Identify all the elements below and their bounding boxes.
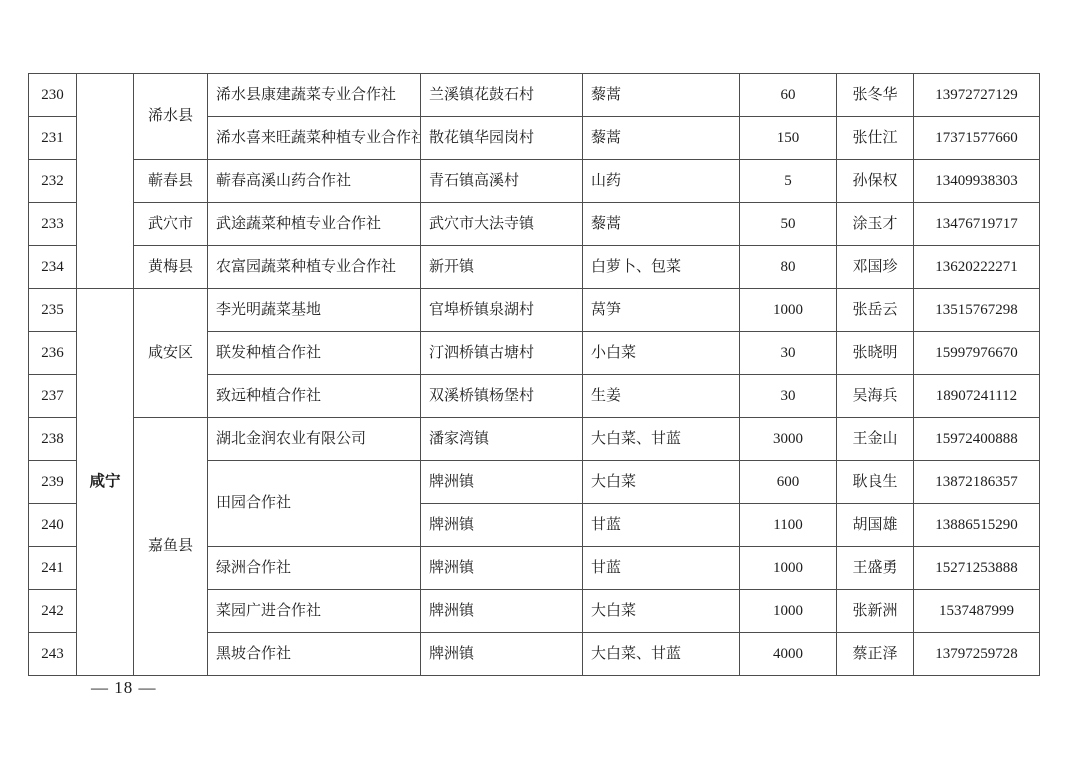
cell-phone: 13797259728 bbox=[914, 633, 1040, 676]
cell-quantity: 80 bbox=[740, 246, 837, 289]
cell-city: 咸宁 bbox=[77, 289, 134, 676]
cell-num: 242 bbox=[29, 590, 77, 633]
cell-phone: 15271253888 bbox=[914, 547, 1040, 590]
cell-quantity: 5 bbox=[740, 160, 837, 203]
cell-coop-name: 农富园蔬菜种植专业合作社 bbox=[208, 246, 421, 289]
cell-contact: 张冬华 bbox=[837, 74, 914, 117]
cell-phone: 17371577660 bbox=[914, 117, 1040, 160]
cell-num: 241 bbox=[29, 547, 77, 590]
cell-phone: 13476719717 bbox=[914, 203, 1040, 246]
cell-contact: 张仕江 bbox=[837, 117, 914, 160]
cell-coop-name: 致远种植合作社 bbox=[208, 375, 421, 418]
cell-num: 240 bbox=[29, 504, 77, 547]
cell-num: 233 bbox=[29, 203, 77, 246]
cell-vegetable: 大白菜 bbox=[583, 590, 740, 633]
cell-town: 牌洲镇 bbox=[421, 461, 583, 504]
cell-contact: 蔡正泽 bbox=[837, 633, 914, 676]
cell-quantity: 30 bbox=[740, 332, 837, 375]
cell-county: 咸安区 bbox=[134, 289, 208, 418]
cell-num: 231 bbox=[29, 117, 77, 160]
cell-phone: 1537487999 bbox=[914, 590, 1040, 633]
table-row: 235 咸宁 咸安区 李光明蔬菜基地 官埠桥镇泉湖村 莴笋 1000 张岳云 1… bbox=[29, 289, 1040, 332]
document-page: 230 浠水县 浠水县康建蔬菜专业合作社 兰溪镇花鼓石村 藜蒿 60 张冬华 1… bbox=[0, 0, 1080, 764]
cell-coop-name: 菜园广进合作社 bbox=[208, 590, 421, 633]
cell-quantity: 1000 bbox=[740, 590, 837, 633]
cell-town: 双溪桥镇杨堡村 bbox=[421, 375, 583, 418]
cell-quantity: 150 bbox=[740, 117, 837, 160]
cell-coop-name: 黑坡合作社 bbox=[208, 633, 421, 676]
cell-coop-name: 湖北金润农业有限公司 bbox=[208, 418, 421, 461]
table-row: 238 嘉鱼县 湖北金润农业有限公司 潘家湾镇 大白菜、甘蓝 3000 王金山 … bbox=[29, 418, 1040, 461]
cell-quantity: 1100 bbox=[740, 504, 837, 547]
cell-vegetable: 山药 bbox=[583, 160, 740, 203]
cell-quantity: 4000 bbox=[740, 633, 837, 676]
cell-town: 牌洲镇 bbox=[421, 547, 583, 590]
cell-contact: 孙保权 bbox=[837, 160, 914, 203]
cell-num: 237 bbox=[29, 375, 77, 418]
cell-contact: 张岳云 bbox=[837, 289, 914, 332]
cell-num: 232 bbox=[29, 160, 77, 203]
cell-town: 新开镇 bbox=[421, 246, 583, 289]
cell-quantity: 600 bbox=[740, 461, 837, 504]
cell-contact: 王盛勇 bbox=[837, 547, 914, 590]
cell-vegetable: 小白菜 bbox=[583, 332, 740, 375]
cell-contact: 吴海兵 bbox=[837, 375, 914, 418]
cell-phone: 15997976670 bbox=[914, 332, 1040, 375]
page-number: — 18 — bbox=[91, 678, 157, 698]
cell-num: 243 bbox=[29, 633, 77, 676]
cell-town: 汀泗桥镇古塘村 bbox=[421, 332, 583, 375]
cell-town: 武穴市大法寺镇 bbox=[421, 203, 583, 246]
cell-vegetable: 藜蒿 bbox=[583, 117, 740, 160]
table-row: 230 浠水县 浠水县康建蔬菜专业合作社 兰溪镇花鼓石村 藜蒿 60 张冬华 1… bbox=[29, 74, 1040, 117]
cell-city bbox=[77, 74, 134, 289]
cell-contact: 王金山 bbox=[837, 418, 914, 461]
cell-county: 蕲春县 bbox=[134, 160, 208, 203]
cell-num: 239 bbox=[29, 461, 77, 504]
cell-vegetable: 甘蓝 bbox=[583, 504, 740, 547]
cell-town: 兰溪镇花鼓石村 bbox=[421, 74, 583, 117]
table-row: 233 武穴市 武途蔬菜种植专业合作社 武穴市大法寺镇 藜蒿 50 涂玉才 13… bbox=[29, 203, 1040, 246]
cell-contact: 耿良生 bbox=[837, 461, 914, 504]
cell-quantity: 50 bbox=[740, 203, 837, 246]
cell-num: 230 bbox=[29, 74, 77, 117]
cell-coop-name: 田园合作社 bbox=[208, 461, 421, 547]
cell-num: 238 bbox=[29, 418, 77, 461]
cell-town: 青石镇高溪村 bbox=[421, 160, 583, 203]
cell-county: 浠水县 bbox=[134, 74, 208, 160]
cell-coop-name: 武途蔬菜种植专业合作社 bbox=[208, 203, 421, 246]
cell-vegetable: 藜蒿 bbox=[583, 74, 740, 117]
cell-phone: 13620222271 bbox=[914, 246, 1040, 289]
cell-phone: 13409938303 bbox=[914, 160, 1040, 203]
cell-phone: 13515767298 bbox=[914, 289, 1040, 332]
cell-vegetable: 白萝卜、包菜 bbox=[583, 246, 740, 289]
cell-town: 牌洲镇 bbox=[421, 590, 583, 633]
cell-vegetable: 生姜 bbox=[583, 375, 740, 418]
cell-quantity: 1000 bbox=[740, 547, 837, 590]
cell-coop-name: 浠水喜来旺蔬菜种植专业合作社 bbox=[208, 117, 421, 160]
cell-vegetable: 莴笋 bbox=[583, 289, 740, 332]
cell-vegetable: 藜蒿 bbox=[583, 203, 740, 246]
cell-contact: 涂玉才 bbox=[837, 203, 914, 246]
cell-coop-name: 浠水县康建蔬菜专业合作社 bbox=[208, 74, 421, 117]
cell-coop-name: 蕲春高溪山药合作社 bbox=[208, 160, 421, 203]
cell-phone: 13886515290 bbox=[914, 504, 1040, 547]
cooperatives-table: 230 浠水县 浠水县康建蔬菜专业合作社 兰溪镇花鼓石村 藜蒿 60 张冬华 1… bbox=[28, 73, 1040, 676]
cell-quantity: 1000 bbox=[740, 289, 837, 332]
cell-vegetable: 大白菜、甘蓝 bbox=[583, 418, 740, 461]
cell-coop-name: 绿洲合作社 bbox=[208, 547, 421, 590]
cell-county: 黄梅县 bbox=[134, 246, 208, 289]
cell-town: 散花镇华园岗村 bbox=[421, 117, 583, 160]
cell-phone: 18907241112 bbox=[914, 375, 1040, 418]
cell-county: 武穴市 bbox=[134, 203, 208, 246]
cell-num: 235 bbox=[29, 289, 77, 332]
cell-vegetable: 大白菜、甘蓝 bbox=[583, 633, 740, 676]
cell-town: 潘家湾镇 bbox=[421, 418, 583, 461]
cell-phone: 15972400888 bbox=[914, 418, 1040, 461]
cell-town: 官埠桥镇泉湖村 bbox=[421, 289, 583, 332]
cell-vegetable: 甘蓝 bbox=[583, 547, 740, 590]
table-row: 232 蕲春县 蕲春高溪山药合作社 青石镇高溪村 山药 5 孙保权 134099… bbox=[29, 160, 1040, 203]
cell-coop-name: 李光明蔬菜基地 bbox=[208, 289, 421, 332]
cell-county: 嘉鱼县 bbox=[134, 418, 208, 676]
table-row: 234 黄梅县 农富园蔬菜种植专业合作社 新开镇 白萝卜、包菜 80 邓国珍 1… bbox=[29, 246, 1040, 289]
cell-num: 234 bbox=[29, 246, 77, 289]
cell-town: 牌洲镇 bbox=[421, 504, 583, 547]
cell-contact: 张晓明 bbox=[837, 332, 914, 375]
cell-phone: 13872186357 bbox=[914, 461, 1040, 504]
cell-quantity: 3000 bbox=[740, 418, 837, 461]
cell-num: 236 bbox=[29, 332, 77, 375]
cell-town: 牌洲镇 bbox=[421, 633, 583, 676]
cell-quantity: 30 bbox=[740, 375, 837, 418]
cell-phone: 13972727129 bbox=[914, 74, 1040, 117]
cell-contact: 张新洲 bbox=[837, 590, 914, 633]
cell-vegetable: 大白菜 bbox=[583, 461, 740, 504]
cell-contact: 胡国雄 bbox=[837, 504, 914, 547]
cell-quantity: 60 bbox=[740, 74, 837, 117]
cell-coop-name: 联发种植合作社 bbox=[208, 332, 421, 375]
cell-contact: 邓国珍 bbox=[837, 246, 914, 289]
